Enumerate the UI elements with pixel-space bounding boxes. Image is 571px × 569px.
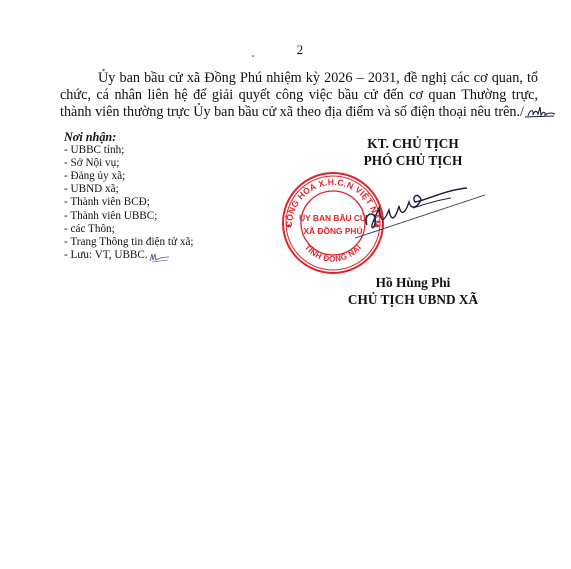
paragraph-line-2: chức, cá nhân liên hệ để giải quyết công… [60,87,538,104]
svg-text:XÃ ĐỒNG PHÚ: XÃ ĐỒNG PHÚ [303,225,362,236]
svg-text:★: ★ [286,222,292,230]
recipient-item: - Sở Nội vụ; [64,157,194,170]
body-paragraph: Ủy ban bầu cử xã Đồng Phú nhiệm kỳ 2026 … [60,70,538,121]
signature-header: KT. CHỦ TỊCH PHÓ CHỦ TỊCH [322,135,504,169]
on-behalf-label: KT. CHỦ TỊCH [322,135,504,152]
signer-name: Hồ Hùng Phi [322,274,504,291]
recipient-item-text: - Lưu: VT, UBBC. [64,249,148,261]
recipient-item: - các Thôn; [64,223,194,236]
paragraph-line-1: Ủy ban bầu cử xã Đồng Phú nhiệm kỳ 2026 … [60,70,538,87]
recipient-item: - Thành viên BCĐ; [64,196,194,209]
recipient-item: - Đảng ủy xã; [64,170,194,183]
signer-title: CHỦ TỊCH UBND XÃ [322,291,504,308]
handwritten-mark-icon [148,251,170,263]
signer-block: Hồ Hùng Phi CHỦ TỊCH UBND XÃ [322,274,504,308]
scan-speck [252,55,254,57]
recipients-title: Nơi nhận: [64,131,194,144]
recipient-item: - Lưu: VT, UBBC. [64,249,194,263]
recipients-list: Nơi nhận: - UBBC tỉnh; - Sở Nội vụ; - Đả… [64,131,194,263]
recipient-item: - Thành viên UBBC; [64,210,194,223]
handwritten-signature-icon [355,170,495,260]
paragraph-line-3-text: thành viên thường trực Ủy ban bầu cử xã … [60,104,524,120]
recipient-item: - UBBC tỉnh; [64,144,194,157]
handwritten-initials-icon [524,105,558,119]
recipient-item: - Trang Thông tin điện tử xã; [64,236,194,249]
paragraph-line-3: thành viên thường trực Ủy ban bầu cử xã … [60,104,538,121]
role-label: PHÓ CHỦ TỊCH [322,152,504,169]
page-number: 2 [0,42,571,58]
recipient-item: - UBND xã; [64,183,194,196]
